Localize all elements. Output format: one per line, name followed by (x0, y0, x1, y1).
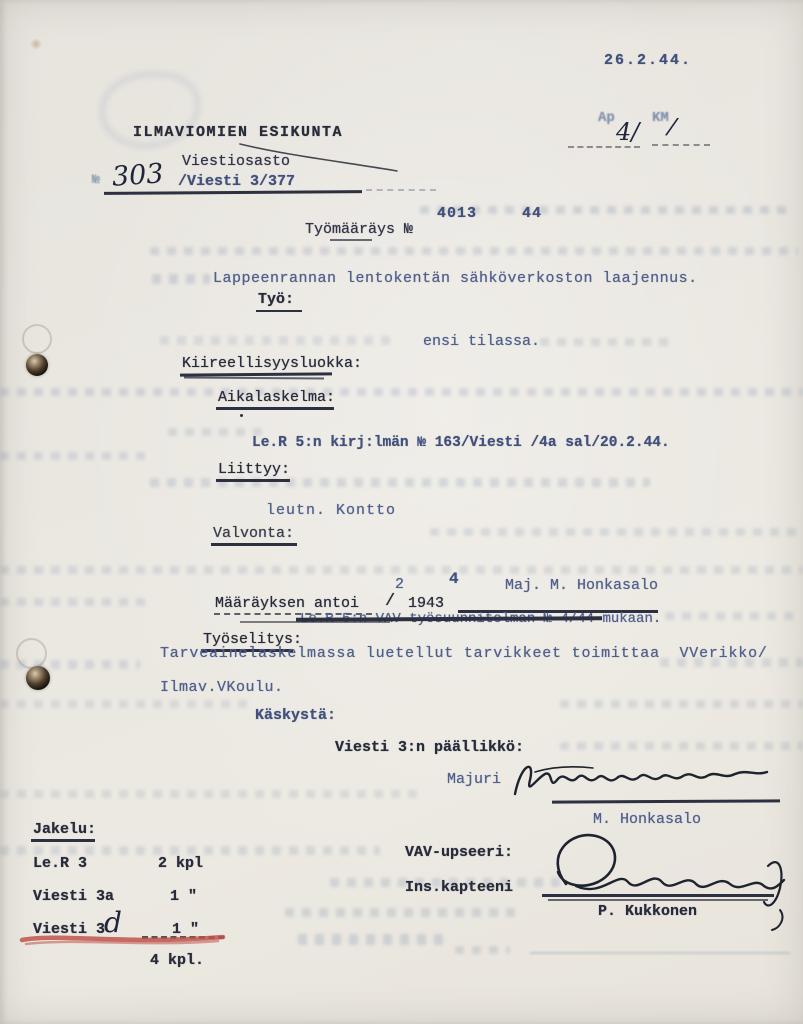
bleed-through-rule (530, 952, 790, 954)
antoi-name: Maj. M. Honkasalo (505, 577, 658, 594)
antoi-year: 1943 (408, 595, 444, 612)
field-liittyy-value: Le.R 5:n kirj:lmän № 163/Viesti /4a sal/… (252, 435, 670, 451)
ink-dot (240, 414, 243, 417)
initials-right: KM (652, 110, 669, 126)
rank1: Majuri (447, 771, 501, 788)
scanned-document: 26.2.44. Ap KM 4/ / ILMAVIOMIEN ESIKUNTA… (0, 0, 803, 1024)
kiire-underline2 (184, 377, 324, 380)
order-year: 44 (522, 205, 542, 222)
bleed-through-line (150, 247, 798, 255)
initials-left: Ap (598, 110, 615, 126)
field-aika-label: Aikalaskelma: (218, 389, 335, 406)
bleed-through-line (665, 612, 800, 620)
distribution-qty: 1 " (170, 888, 197, 905)
red-pencil-underline (18, 928, 230, 950)
field-liittyy-label: Liittyy: (218, 461, 290, 478)
distribution-underline (31, 839, 95, 842)
chief-title: Viesti 3:n päällikkö: (335, 739, 524, 756)
department-name: Viestiosasto (182, 153, 290, 170)
number-sign: № (92, 172, 100, 187)
bleed-through-line (560, 700, 803, 708)
bleed-through-line (0, 566, 803, 574)
bleed-through-handwriting (298, 934, 443, 945)
kaskysta-label: Käskystä: (255, 707, 336, 724)
strike-line2 (240, 621, 390, 623)
distribution-unit: Le.R 3 (33, 855, 87, 872)
bleed-through-line (160, 336, 390, 345)
distribution-unit: Viesti 3a (33, 888, 114, 905)
order-title-underline (330, 239, 372, 241)
hand-number: 4/ (616, 118, 639, 146)
field-valvonta-value: leutn. Kontto (266, 502, 396, 519)
bleed-through-line (285, 908, 520, 917)
bleed-through-line (0, 598, 150, 606)
antoi-month: 4 (449, 570, 459, 588)
bleed-through-line (430, 528, 800, 536)
field-kiire-value: ensi tilassa. (423, 333, 540, 350)
tyo-underline (256, 310, 302, 312)
bleed-through-line (0, 452, 150, 460)
field-kiire-label: Kiireellisyysluokka: (182, 355, 362, 372)
bleed-through-line (168, 428, 263, 436)
paper-stain (30, 38, 42, 50)
aika-underline (216, 407, 334, 410)
punch-hole (26, 666, 50, 690)
organization-name: ILMAVIOMIEN ESIKUNTA (133, 124, 343, 141)
field-valvonta-label: Valvonta: (213, 525, 294, 542)
signature2-underline2 (548, 899, 768, 901)
antoi-slash: / (385, 592, 395, 611)
bleed-through-line (0, 388, 803, 396)
bleed-through-line (0, 846, 380, 855)
valvonta-underline (211, 543, 297, 546)
field-tyo-value: Lappeenrannan lentokentän sähköverkoston… (213, 270, 698, 287)
diary-underline (104, 190, 362, 194)
bleed-through-line (0, 660, 140, 669)
distribution-total: 4 kpl. (150, 952, 204, 969)
bleed-through-line (152, 274, 210, 284)
hand-underline (568, 146, 640, 148)
rank2: Ins.kapteeni (405, 879, 513, 896)
bleed-through-line (0, 700, 250, 708)
bleed-through-line (0, 790, 420, 798)
bleed-through-line (540, 338, 670, 346)
order-title: Työmääräys № (305, 221, 413, 238)
name2: P. Kukkonen (598, 903, 697, 920)
document-date: 26.2.44. (604, 52, 692, 69)
field-tyo-label: Työ: (258, 291, 294, 308)
liittyy-underline (216, 479, 290, 482)
distribution-qty: 2 kpl (158, 855, 203, 872)
diary-number-handwritten: 303 (111, 158, 165, 193)
order-number: 4013 (437, 205, 477, 222)
punch-hole-ring (22, 324, 52, 354)
distribution-label: Jakelu: (33, 821, 96, 838)
bleed-through-line (455, 946, 510, 954)
selitys-line2: Ilmav.VKoulu. (160, 679, 284, 696)
bleed-through-line (560, 742, 803, 750)
signature2-underline (542, 894, 774, 897)
selitys-line1: Tarveainelaskelmassa luetellut tarvikkee… (160, 645, 768, 662)
diary-underline-faint (366, 189, 436, 191)
hand-underline (652, 144, 710, 146)
antoi-label: Määräyksen antoi (215, 595, 359, 612)
diary-number-suffix: /Viesti 3/377 (178, 173, 295, 190)
vav-label: VAV-upseeri: (405, 844, 513, 861)
antoi-day: 2 (395, 576, 404, 593)
punch-hole (26, 354, 48, 376)
